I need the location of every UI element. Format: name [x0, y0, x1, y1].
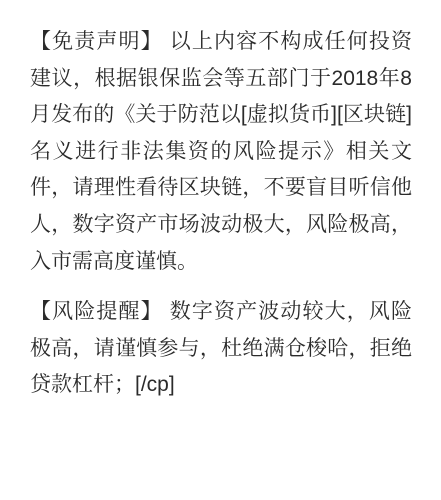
disclaimer-page: 【免责声明】 以上内容不构成任何投资建议，根据银保监会等五部门于2018年8月发…: [0, 0, 441, 500]
risk-warning-paragraph: 【风险提醒】 数字资产波动较大，风险极高，请谨慎参与，杜绝满仓梭哈，拒绝贷款杠杆…: [30, 294, 412, 404]
disclaimer-paragraph: 【免责声明】 以上内容不构成任何投资建议，根据银保监会等五部门于2018年8月发…: [30, 24, 412, 280]
